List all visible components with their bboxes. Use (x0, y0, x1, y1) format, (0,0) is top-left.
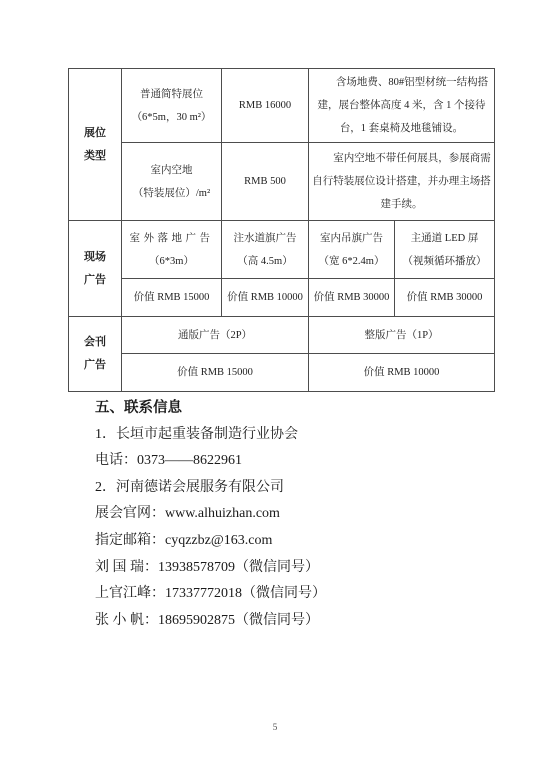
booth-price: RMB 500 (222, 143, 309, 221)
ad-price: 价值 RMB 10000 (222, 279, 309, 317)
ad-spec: （6*3m） (125, 250, 218, 273)
ad-spec: （宽 6*2.4m） (312, 250, 391, 273)
booth-name-cell: 普通简特展位 （6*5m，30 m²） (122, 69, 222, 143)
website-line: 展会官网：www.alhuizhan.com (95, 501, 495, 528)
booth-name: 室内空地 (125, 159, 218, 182)
table-row: 展位 类型 普通简特展位 （6*5m，30 m²） RMB 16000 含场地费… (69, 69, 495, 143)
ad-spec: （视频循环播放） (398, 250, 491, 273)
company-name-line: 2．河南德诺会展服务有限公司 (95, 475, 495, 502)
table-row: 室内空地 （特装展位）/m² RMB 500 室内空地不带任何展具，参展商需自行… (69, 143, 495, 221)
contact-person-line: 刘 国 瑞：13938578709（微信同号） (95, 555, 495, 582)
document-page: 展位 类型 普通简特展位 （6*5m，30 m²） RMB 16000 含场地费… (0, 0, 550, 778)
contact-heading: 五、联系信息 (95, 395, 495, 422)
contact-person-line: 张 小 帆：18695902875（微信同号） (95, 608, 495, 635)
section-label-booth-type: 展位 类型 (69, 69, 122, 221)
journal-ad-name: 整版广告（1P） (309, 317, 495, 354)
table-row: 价值 RMB 15000 价值 RMB 10000 (69, 354, 495, 392)
booth-description: 室内空地不带任何展具，参展商需自行特装展位设计搭建，并办理主场搭建手续。 (309, 143, 495, 221)
ad-name-cell: 室外落地广告 （6*3m） (122, 221, 222, 279)
section-label-journal-ads: 会刊 广告 (69, 317, 122, 392)
ad-name: 室内吊旗广告 (312, 227, 391, 250)
section-label-onsite-ads: 现场 广告 (69, 221, 122, 317)
exhibition-price-table: 展位 类型 普通简特展位 （6*5m，30 m²） RMB 16000 含场地费… (68, 68, 495, 392)
booth-spec: （特装展位）/m² (125, 182, 218, 205)
ad-price: 价值 RMB 30000 (309, 279, 395, 317)
booth-spec: （6*5m，30 m²） (125, 106, 218, 129)
ad-name: 室外落地广告 (125, 227, 218, 250)
table-row: 现场 广告 室外落地广告 （6*3m） 注水道旗广告 （高 4.5m） 室内吊旗… (69, 221, 495, 279)
journal-ad-price: 价值 RMB 10000 (309, 354, 495, 392)
contact-person-line: 上官江峰：17337772018（微信同号） (95, 581, 495, 608)
ad-name: 主通道 LED 屏 (398, 227, 491, 250)
ad-price: 价值 RMB 30000 (395, 279, 495, 317)
booth-price: RMB 16000 (222, 69, 309, 143)
journal-ad-name: 通版广告（2P） (122, 317, 309, 354)
ad-name-cell: 主通道 LED 屏 （视频循环播放） (395, 221, 495, 279)
association-name-line: 1．长垣市起重装备制造行业协会 (95, 422, 495, 449)
booth-name-cell: 室内空地 （特装展位）/m² (122, 143, 222, 221)
journal-ad-price: 价值 RMB 15000 (122, 354, 309, 392)
ad-name-cell: 注水道旗广告 （高 4.5m） (222, 221, 309, 279)
booth-name: 普通简特展位 (125, 83, 218, 106)
ad-price: 价值 RMB 15000 (122, 279, 222, 317)
booth-description: 含场地费、80#铝型材统一结构搭建，展台整体高度 4 米，含 1 个接待台，1 … (309, 69, 495, 143)
email-line: 指定邮箱：cyqzzbz@163.com (95, 528, 495, 555)
table-row: 会刊 广告 通版广告（2P） 整版广告（1P） (69, 317, 495, 354)
ad-spec: （高 4.5m） (225, 250, 305, 273)
page-number: 5 (0, 723, 550, 733)
contact-info-section: 五、联系信息 1．长垣市起重装备制造行业协会 电话：0373——8622961 … (95, 395, 495, 634)
ad-name-cell: 室内吊旗广告 （宽 6*2.4m） (309, 221, 395, 279)
table-row: 价值 RMB 15000 价值 RMB 10000 价值 RMB 30000 价… (69, 279, 495, 317)
ad-name: 注水道旗广告 (225, 227, 305, 250)
association-phone-line: 电话：0373——8622961 (95, 448, 495, 475)
